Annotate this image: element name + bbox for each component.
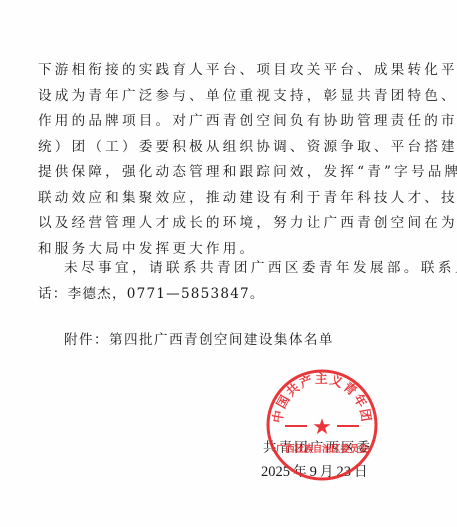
seal-top-text: 中国共产主义青年团 [270,371,375,424]
body-line: 设成为青年广泛参与、单位重视支持，彰显共青团特色、功能和 [38,84,420,110]
signature-organization: 共青团广西区委 [263,436,372,456]
body-line: 统）团（工）委要积极从组织协调、资源争取、平台搭建等方面 [38,135,420,161]
date-year-unit: 年 [290,464,310,479]
attachment-note: 附件：第四批广西青创空间建设集体名单 [64,330,334,350]
date-day-unit: 日 [351,464,371,479]
document-page: 下游相衔接的实践育人平台、项目攻关平台、成果转化平台，建 设成为青年广泛参与、单… [0,0,457,527]
document-date: 2025年9月23日 [261,460,371,481]
contact-line: 未尽事宜，请联系共青团广西区委青年发展部。联系人及电 [38,256,420,282]
body-line: 下游相衔接的实践育人平台、项目攻关平台、成果转化平台，建 [38,58,420,84]
date-year: 2025 [261,464,290,480]
svg-text:中国共产主义青年团: 中国共产主义青年团 [270,371,375,424]
contact-line: 话：李德杰，0771—5853847。 [38,282,420,308]
date-month: 9 [310,464,317,480]
body-line: 作用的品牌项目。对广西青创空间负有协助管理责任的市级（系 [38,109,420,135]
contact-paragraph: 未尽事宜，请联系共青团广西区委青年发展部。联系人及电 话：李德杰，0771—58… [38,256,420,307]
body-line: 以及经营管理人才成长的环境，努力让广西青创空间在为党育人 [38,211,420,237]
body-line: 联动效应和集聚效应，推动建设有利于青年科技人才、技能人才 [38,186,420,212]
date-day: 23 [336,464,351,480]
body-paragraph: 下游相衔接的实践育人平台、项目攻关平台、成果转化平台，建 设成为青年广泛参与、单… [38,58,420,262]
date-month-unit: 月 [317,464,337,479]
body-line: 提供保障，强化动态管理和跟踪问效，发挥“青”字号品牌项目 [38,160,420,186]
